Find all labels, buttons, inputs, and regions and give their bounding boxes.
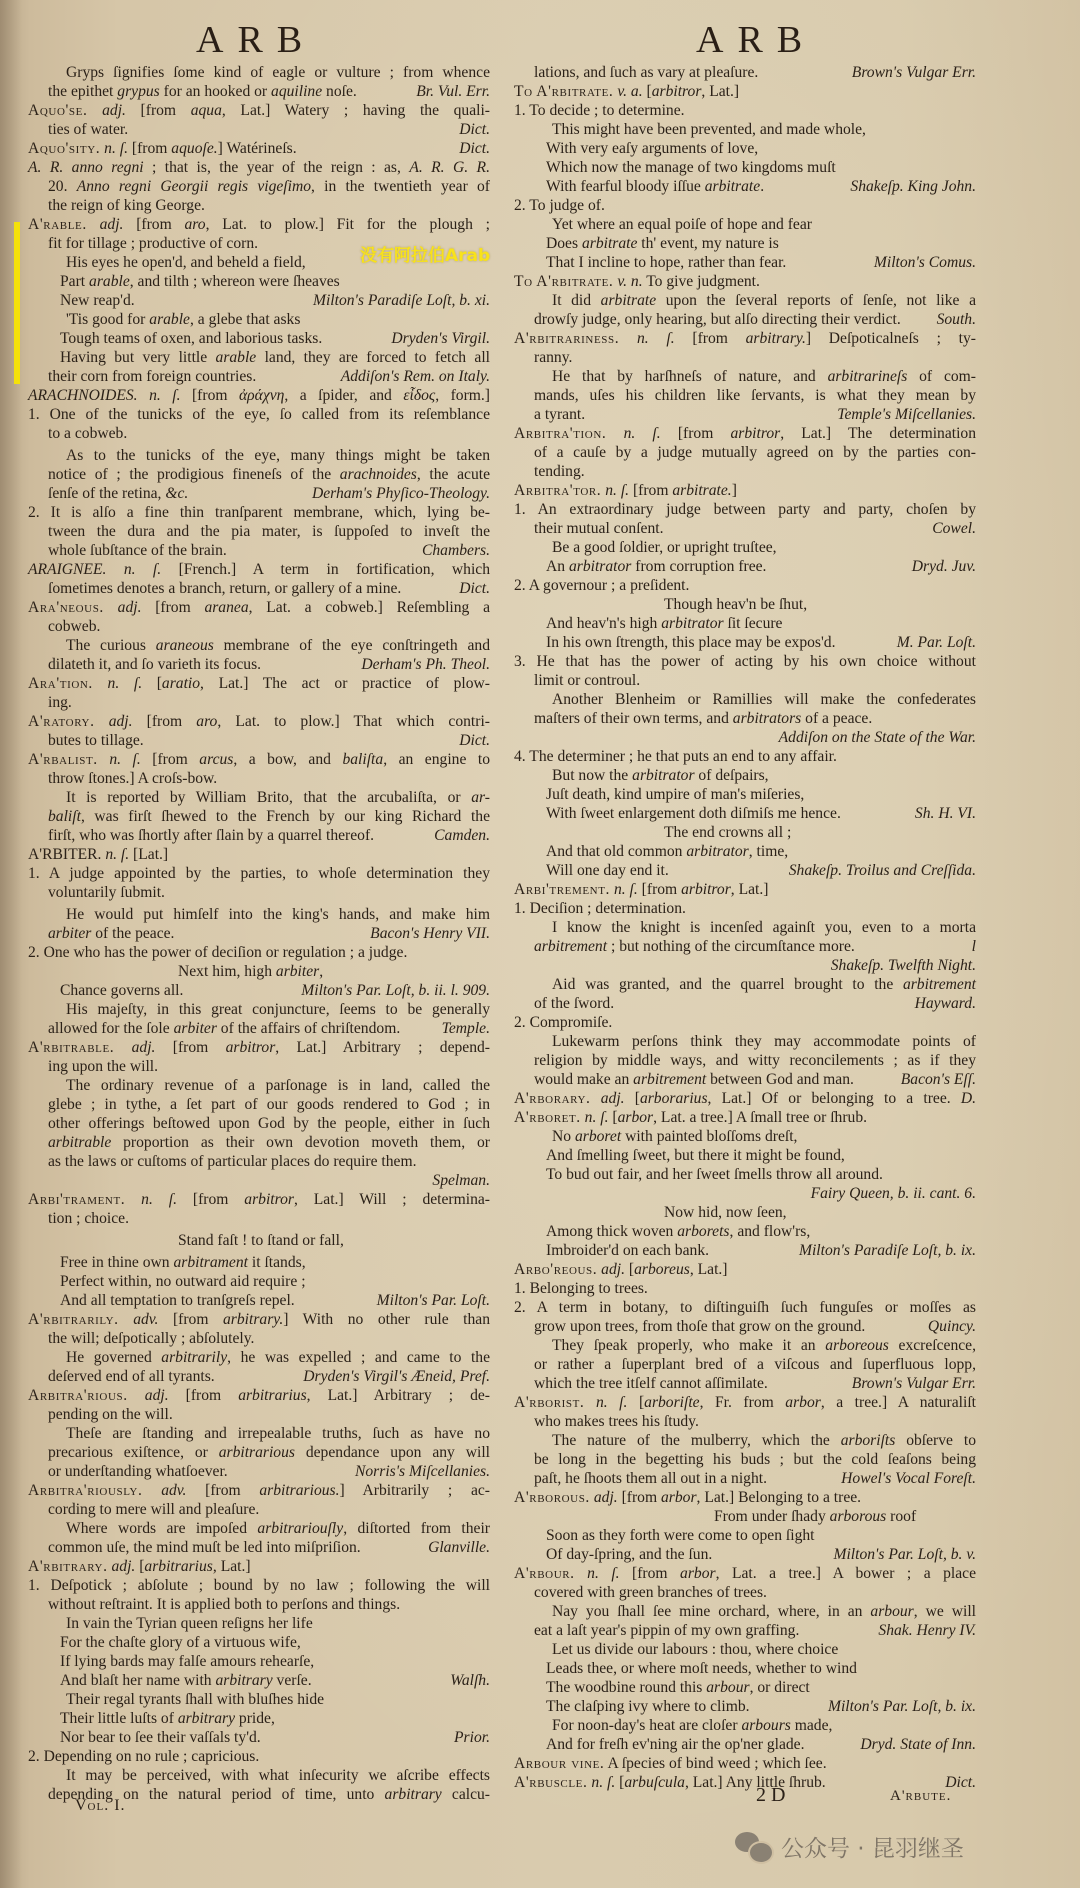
citation-source: Spelman.	[432, 1172, 490, 1190]
italic-text: arborous	[830, 1508, 887, 1525]
text: It is reported by William Brito, that th…	[66, 789, 471, 806]
line-text: the reign of king George.	[48, 197, 205, 214]
text: , Lat.] Belonging to a tree.	[697, 1489, 862, 1506]
headword: Arbi'trament.	[28, 1191, 125, 1208]
line-text: Arbour vine. A ſpecies of bind weed ; wh…	[514, 1755, 827, 1772]
text: their mutual conſent.	[534, 520, 663, 537]
right-column-line: In his own ſtrength, this place may be e…	[514, 634, 976, 652]
right-column-line: Lukewarm perſons think they may accommod…	[514, 1033, 976, 1051]
headword: A'rborary.	[514, 1090, 591, 1107]
line-text: 1. Deciſion ; determination.	[514, 900, 686, 917]
text: For noon-day's heat are cloſer	[552, 1717, 741, 1734]
italic-text: arboret	[575, 1128, 621, 1145]
left-column-line: If lying bards may falſe amours rehearſe…	[28, 1653, 490, 1671]
right-column-line: or rather a ſuperplant bred of a viſcous…	[514, 1356, 976, 1374]
citation-source: Temple.	[442, 1020, 490, 1038]
text: Where words are impoſed	[66, 1520, 257, 1537]
citation-source: Dict.	[459, 580, 490, 598]
italic-text: arbitrator	[569, 558, 631, 575]
text: 2. Compromiſe.	[514, 1014, 612, 1031]
text: The end crowns all ;	[664, 824, 791, 841]
line-text: 2. A term in botany, to diſtinguiſh ſuch…	[514, 1299, 976, 1316]
text: ; but nothing of the circumſtance more.	[607, 938, 855, 955]
headword: Arbitra'rious.	[28, 1387, 128, 1404]
text: Juſt death, kind umpire of man's miſerie…	[546, 786, 804, 803]
line-text: This might have been prevented, and made…	[552, 121, 866, 138]
text: , he was expelled ; and came to the	[227, 1349, 490, 1366]
line-text: without reſtraint. It is applied both to…	[48, 1596, 400, 1613]
text: to a cobweb.	[48, 425, 127, 442]
left-column-line: notice of ; the prodigious fineneſs of t…	[28, 466, 490, 484]
left-column-line: Arbi'trament. n. ſ. [from arbitror, Lat.…	[28, 1191, 490, 1209]
right-column-line: of a cauſe by a judge mutually agreed on…	[514, 444, 976, 462]
line-text: 2. It is alſo a fine thin tranſparent me…	[28, 504, 490, 521]
right-column-line: maſters of their own terms, and arbitrat…	[514, 710, 976, 728]
left-column-line: A'RBITER. n. ſ. [Lat.]	[28, 846, 490, 864]
italic-text: n. ſ.	[614, 881, 638, 898]
italic-text: arbitrary	[215, 1672, 272, 1689]
right-column-line: Yet where an equal poiſe of hope and fea…	[514, 216, 976, 234]
text: or underſtanding whatſoever.	[48, 1463, 228, 1480]
line-text: A'rbitrariness. n. ſ. [from arbitrary.] …	[514, 330, 976, 347]
citation-source: Dryden's Virgil.	[391, 330, 490, 348]
right-column-line: A'rborist. n. ſ. [arboriſte, Fr. from ar…	[514, 1394, 976, 1412]
line-text: An arbitrator from corruption free.	[546, 558, 766, 575]
headword: Arbi'trement.	[514, 881, 610, 898]
right-column-line: A'rborary. adj. [arborarius, Lat.] Of or…	[514, 1090, 976, 1108]
text: Imbroider'd on each bank.	[546, 1242, 709, 1259]
text: He that by harſhneſs of nature, and	[552, 368, 828, 385]
text: , and flow'rs,	[730, 1223, 811, 1240]
left-column-line: It is reported by William Brito, that th…	[28, 789, 490, 807]
left-column-line: ARACHNOIDES. n. ſ. [from ἀράχνη, a ſpide…	[28, 387, 490, 405]
line-text: But now the arbitrator of deſpairs,	[552, 767, 769, 784]
right-column-line: No arboret with painted bloſſoms dreſt,	[514, 1128, 976, 1146]
right-column-line: 1. Deciſion ; determination.	[514, 900, 976, 918]
left-column-line: Part arable, and tilth ; whereon were ſh…	[28, 273, 490, 291]
text: [	[142, 675, 162, 692]
line-text: other offerings beſtowed upon God by the…	[48, 1115, 490, 1132]
italic-text: arbor	[785, 1394, 821, 1411]
right-column-line: To bud out fair, and her ſweet ſmells th…	[514, 1166, 976, 1184]
italic-text: baliſt	[48, 808, 81, 825]
line-text: 1. One of the tunicks of the eye, ſo cal…	[28, 406, 490, 423]
text: And all temptation to tranſgreſs repel.	[60, 1292, 295, 1309]
text: Gryps ſignifies ſome kind of eagle or vu…	[66, 64, 490, 81]
right-column-line: With very eaſy arguments of love,	[514, 140, 976, 158]
right-column-line: Let us divide our labours : thou, where …	[514, 1641, 976, 1659]
italic-text: arbiter	[276, 963, 319, 980]
line-text: precarious exiſtence, or arbitrarious de…	[48, 1444, 490, 1461]
line-text: ties of water.	[48, 121, 128, 138]
text: of a peace.	[801, 710, 872, 727]
text	[106, 561, 123, 578]
text: No	[552, 1128, 575, 1145]
text: Perfect within, no outward aid require ;	[60, 1273, 306, 1290]
line-text: the will; deſpotically ; abſolutely.	[48, 1330, 254, 1347]
line-text: paſt, he ſhoots them all out in a night.	[534, 1470, 767, 1487]
line-text: Arbitra'tor. n. ſ. [from arbitrate.]	[514, 482, 737, 499]
italic-text: arbiter	[48, 925, 91, 942]
text: [	[625, 1261, 634, 1278]
italic-text: arbitror	[244, 1191, 294, 1208]
headword: A'rborist.	[514, 1394, 584, 1411]
line-text: eat a laſt year's pippin of my own graff…	[534, 1622, 799, 1639]
text: other offerings beſtowed upon God by the…	[48, 1115, 490, 1132]
text: Among thick woven	[546, 1223, 677, 1240]
line-text: which the tree itſelf cannot aſſimilate.	[534, 1375, 768, 1392]
line-text: Lukewarm perſons think they may accommod…	[552, 1033, 976, 1050]
line-text: A'rable. adj. [from aro, Lat. to plow.] …	[28, 216, 490, 233]
line-text: With fearful bloody iſſue arbitrate.	[546, 178, 764, 195]
line-text: From under ſhady arborous roof	[714, 1508, 916, 1525]
text: upon the ſeveral reports of ſenſe, not l…	[656, 292, 976, 309]
line-text: the epithet grypus for an hooked or aqui…	[48, 83, 357, 100]
italic-text: arbitrator	[661, 615, 723, 632]
italic-text: araneous	[156, 637, 214, 654]
headword: A'ratory.	[28, 713, 95, 730]
text: lations, and ſuch as vary at pleaſure.	[534, 64, 758, 81]
italic-text: arbor	[680, 1565, 716, 1582]
left-column-line: pending on the will.	[28, 1406, 490, 1424]
text: 1. A judge appointed by the parties, to …	[28, 865, 490, 882]
italic-text: ar-	[471, 789, 490, 806]
text: Their regal tyrants ſhall with bluſhes h…	[66, 1691, 324, 1708]
text: , Lat.]	[690, 1261, 728, 1278]
text: [from	[123, 216, 184, 233]
text: [from	[169, 1387, 239, 1404]
text: 2. It is alſo a fine thin tranſparent me…	[28, 504, 490, 521]
italic-text: arbitrary	[385, 1786, 442, 1803]
text: From under ſhady	[714, 1508, 830, 1525]
italic-text: baliſta	[342, 751, 383, 768]
left-column-line: He governed arbitrarily, he was expelled…	[28, 1349, 490, 1367]
text	[128, 1387, 145, 1404]
text: Soon as they forth were come to open ſig…	[546, 1527, 815, 1544]
left-column-line: 1. A judge appointed by the parties, to …	[28, 865, 490, 883]
text: For the chaſte glory of a virtuous wife,	[60, 1634, 301, 1651]
right-column-line: It did arbitrate upon the ſeveral report…	[514, 292, 976, 310]
text: 20.	[48, 178, 77, 195]
text: limit or controul.	[534, 672, 640, 689]
text: Having but very little	[60, 349, 216, 366]
right-column-line: For noon-day's heat are cloſer arbours m…	[514, 1717, 976, 1735]
line-text: A. R. anno regni ; that is, the year of …	[28, 159, 490, 176]
line-text: grow upon trees, from thoſe that grow on…	[534, 1318, 865, 1335]
text: Lukewarm perſons think they may accommod…	[552, 1033, 976, 1050]
line-text: arbitrement ; but nothing of the circumſ…	[534, 938, 855, 955]
right-column-line: Which now the manage of two kingdoms muſ…	[514, 159, 976, 177]
line-text: Though heav'n be ſhut,	[664, 596, 807, 613]
text: To give judgment.	[643, 273, 760, 290]
left-column-line: voluntarily ſubmit.	[28, 884, 490, 902]
citation-source: M. Par. Loſt.	[897, 634, 976, 652]
text: , Lat. to plow.] Fit for the plough ;	[206, 216, 490, 233]
line-text: Of day-ſpring, and the ſun.	[546, 1546, 712, 1563]
text: 4. The determiner ; he that puts an end …	[514, 748, 837, 765]
citation-source: Dryd. State of Inn.	[860, 1736, 976, 1754]
line-text: 2. Compromiſe.	[514, 1014, 612, 1031]
headword: Arbitra'riously.	[28, 1482, 142, 1499]
right-column-line: tending.	[514, 463, 976, 481]
left-column-line: 1. One of the tunicks of the eye, ſo cal…	[28, 406, 490, 424]
line-text: A'rbitrable. adj. [from arbitror, Lat.] …	[28, 1039, 490, 1056]
left-column-line: 2. One who has the power of deciſion or …	[28, 944, 490, 962]
headword: Arbo'reous.	[514, 1261, 597, 1278]
text: for an hooked or	[160, 83, 271, 100]
headword: To A'rbitrate.	[514, 83, 613, 100]
left-column-line: Free in thine own arbitrament it ſtands,	[28, 1254, 490, 1272]
italic-text: aquiline	[271, 83, 322, 100]
text: And for freſh ev'ning air the op'ner gla…	[546, 1736, 805, 1753]
left-column-line: Next him, high arbiter,	[28, 963, 490, 981]
line-text: It did arbitrate upon the ſeveral report…	[552, 292, 976, 309]
text: [from	[128, 140, 171, 157]
text: Leads thee, or where moſt needs, whether…	[546, 1660, 857, 1677]
right-column-line: 3. He that has the power of acting by hi…	[514, 653, 976, 671]
line-text: The curious araneous membrane of the eye…	[66, 637, 490, 654]
line-text: notice of ; the prodigious fineneſs of t…	[48, 466, 490, 483]
line-text: 1. An extraordinary judge between party …	[514, 501, 976, 518]
text: 1. Belonging to trees.	[514, 1280, 648, 1297]
right-column-line: But now the arbitrator of deſpairs,	[514, 767, 976, 785]
headword: A'rborous.	[514, 1489, 590, 1506]
text: mands, uſes his children like ſervants, …	[534, 387, 976, 404]
left-column-line: And all temptation to tranſgreſs repel.M…	[28, 1292, 490, 1310]
right-column-line: Of day-ſpring, and the ſun.Milton's Par.…	[514, 1546, 976, 1564]
line-text: 2. One who has the power of deciſion or …	[28, 944, 407, 961]
left-column-line: Where words are impoſed arbitrariouſly, …	[28, 1520, 490, 1538]
line-text: For the chaſte glory of a virtuous wife,	[60, 1634, 301, 1651]
text: ] With no other rule than	[283, 1311, 490, 1328]
line-text: And that old common arbitrator, time,	[546, 843, 788, 860]
left-column-line: cobweb.	[28, 618, 490, 636]
right-column-line: Be a good ſoldier, or upright truſtee,	[514, 539, 976, 557]
right-column-line: 2. A term in botany, to diſtinguiſh ſuch…	[514, 1299, 976, 1317]
italic-text: n. ſ.	[141, 1191, 177, 1208]
text: , time,	[749, 843, 788, 860]
right-column-line: And for freſh ev'ning air the op'ner gla…	[514, 1736, 976, 1754]
text: Theſe are ſtanding and irrepealable trut…	[66, 1425, 490, 1442]
left-column-line: His majeſty, in this great conjuncture, …	[28, 1001, 490, 1019]
italic-text: n. ſ.	[105, 846, 129, 863]
italic-text: arbitror	[731, 425, 781, 442]
italic-text: &c.	[165, 485, 188, 502]
text	[119, 1311, 134, 1328]
text: Part	[60, 273, 89, 290]
line-text: In vain the Tyrian queen reſigns her lif…	[66, 1615, 313, 1632]
line-text: arbitrable proportion as their own devot…	[48, 1134, 490, 1151]
text: , a ſpider, and	[284, 387, 403, 404]
left-column-line: Gryps ſignifies ſome kind of eagle or vu…	[28, 64, 490, 82]
text	[87, 216, 100, 233]
left-column-line: 1. Deſpotick ; abſolute ; bound by no la…	[28, 1577, 490, 1595]
italic-text: n. ſ.	[104, 140, 128, 157]
line-text: Aid was granted, and the quarrel brought…	[552, 976, 976, 993]
headword: To A'rbitrate.	[514, 273, 613, 290]
citation-source: Prior.	[454, 1729, 490, 1747]
yellow-highlight-bar	[14, 222, 20, 384]
line-text: 2. Depending on no rule ; capricious.	[28, 1748, 259, 1765]
left-column-line: their corn from foreign countries.Addiſo…	[28, 368, 490, 386]
text: without reſtraint. It is applied both to…	[48, 1596, 400, 1613]
right-column-line: A'rborous. adj. [from arbor, Lat.] Belon…	[514, 1489, 976, 1507]
text: verſe.	[273, 1672, 312, 1689]
citation-source: Quincy.	[928, 1318, 976, 1336]
headword: Aquo'sity.	[28, 140, 100, 157]
italic-text: n. ſ.	[124, 561, 161, 578]
left-column-line: the reign of king George.	[28, 197, 490, 215]
left-column-line: A. R. anno regni ; that is, the year of …	[28, 159, 490, 177]
line-text: Soon as they forth were come to open ſig…	[546, 1527, 815, 1544]
italic-text: n. ſ.	[587, 1565, 619, 1582]
text: Now hid, now ſeen,	[664, 1204, 787, 1221]
line-text: tion ; choice.	[48, 1210, 129, 1227]
text: [from	[133, 713, 197, 730]
text: [from	[618, 1489, 661, 1506]
text: eat a laſt year's pippin of my own graff…	[534, 1622, 799, 1639]
right-column-line: 2. To judge of.	[514, 197, 976, 215]
right-column-line: An arbitrator from corruption free.Dryd.…	[514, 558, 976, 576]
line-text: their mutual conſent.	[534, 520, 663, 537]
text: ] Watérineſs.	[218, 140, 297, 157]
text: land, they are forced to fetch all	[256, 349, 490, 366]
text: With ſweet enlargement doth diſmiſs me h…	[546, 805, 841, 822]
italic-text: adj.	[132, 1039, 156, 1056]
italic-text: arbuſcula	[624, 1774, 685, 1791]
line-text: Ara'neous. adj. [from aranea, Lat. a cob…	[28, 599, 490, 616]
right-column-line: covered with green branches of trees.	[514, 1584, 976, 1602]
line-text: New reap'd.	[60, 292, 135, 309]
italic-text: arbitror	[681, 881, 731, 898]
line-text: ARACHNOIDES. n. ſ. [from ἀράχνη, a ſpide…	[28, 387, 490, 404]
line-text: mands, uſes his children like ſervants, …	[534, 387, 976, 404]
line-text: arbiter of the peace.	[48, 925, 174, 942]
italic-text: arboreus	[634, 1261, 690, 1278]
headword: A'rbitrarily.	[28, 1311, 119, 1328]
text: Free in thine own	[60, 1254, 173, 1271]
text: , Lat. to plow.] That which contri-	[217, 713, 490, 730]
right-column-line: 2. A governour ; a preſident.	[514, 577, 976, 595]
left-column-line: Ara'neous. adj. [from aranea, Lat. a cob…	[28, 599, 490, 617]
line-text: It is reported by William Brito, that th…	[66, 789, 490, 806]
text: Yet where an equal poiſe of hope and fea…	[552, 216, 812, 233]
line-text: a tyrant.	[534, 406, 585, 423]
italic-text: adj.	[100, 216, 124, 233]
line-text: glebe ; in tythe, a ſet part of our good…	[48, 1096, 490, 1113]
line-text: Part arable, and tilth ; whereon were ſh…	[60, 273, 340, 290]
line-text: or rather a ſuperplant bred of a viſcous…	[534, 1356, 976, 1373]
right-column-line: Imbroider'd on each bank.Milton's Paradi…	[514, 1242, 976, 1260]
headword: A'rbitrable.	[28, 1039, 114, 1056]
headword: Arbitra'tor.	[514, 482, 601, 499]
text: deſerved end of all tyrants.	[48, 1368, 215, 1385]
text: of the affairs of chriſtendom.	[217, 1020, 400, 1037]
right-column-line: 2. Compromiſe.	[514, 1014, 976, 1032]
left-column-line: ing.	[28, 694, 490, 712]
headword: Arbour vine.	[514, 1755, 604, 1772]
italic-text: arbitrate	[705, 178, 760, 195]
citation-source: Dryd. Juv.	[912, 558, 976, 576]
text: cobweb.	[48, 618, 100, 635]
text: [from	[675, 330, 746, 347]
citation-source: Howel's Vocal Foreſt.	[841, 1470, 976, 1488]
text: , Lat.]	[731, 881, 769, 898]
line-text: For noon-day's heat are cloſer arbours m…	[552, 1717, 832, 1734]
italic-text: arbitrement	[903, 976, 976, 993]
text: the will; deſpotically ; abſolutely.	[48, 1330, 254, 1347]
text	[98, 751, 110, 768]
italic-text: εἶδος	[403, 387, 435, 404]
text	[125, 1191, 141, 1208]
italic-text: arbitror	[652, 83, 702, 100]
text: With very eaſy arguments of love,	[546, 140, 758, 157]
right-column-line: They ſpeak properly, who make it an arbo…	[514, 1337, 976, 1355]
text: , was firſt ſhewed to the French by our …	[81, 808, 490, 825]
right-column-line: A'rbour. n. ſ. [from arbor, Lat. a tree.…	[514, 1565, 976, 1583]
right-column-line: This might have been prevented, and made…	[514, 121, 976, 139]
left-column-line: common uſe, the mind muſt be led into mi…	[28, 1539, 490, 1557]
line-text: Gryps ſignifies ſome kind of eagle or vu…	[66, 64, 490, 81]
text: Stand faſt ! to ſtand or fall,	[178, 1232, 344, 1249]
text: [	[615, 1774, 624, 1791]
right-column-line: To A'rbitrate. v. n. To give judgment.	[514, 273, 976, 291]
left-column-line: butes to tillage.Dict.	[28, 732, 490, 750]
italic-text: arable	[89, 273, 130, 290]
line-text: of the ſword.	[534, 995, 614, 1012]
right-column-line: Juſt death, kind umpire of man's miſerie…	[514, 786, 976, 804]
line-text: Free in thine own arbitrament it ſtands,	[60, 1254, 306, 1271]
citation-source: Walſh.	[450, 1672, 490, 1690]
italic-text: arbitrement	[534, 938, 607, 955]
italic-text: v. n.	[617, 273, 642, 290]
italic-text: n. ſ.	[149, 387, 180, 404]
line-text: Stand faſt ! to ſtand or fall,	[178, 1232, 344, 1249]
line-text: Does arbitrate th' event, my nature is	[546, 235, 779, 252]
line-text: Nor bear to ſee their vaſſals ty'd.	[60, 1729, 261, 1746]
left-column-line: A'ratory. adj. [from aro, Lat. to plow.]…	[28, 713, 490, 731]
text: , in the twentieth year of	[311, 178, 490, 195]
italic-text: grypus	[117, 83, 159, 100]
italic-text: n. ſ.	[605, 482, 629, 499]
left-column-line: Their little luſts of arbitrary pride,	[28, 1710, 490, 1728]
headword: A'rbour.	[514, 1565, 575, 1582]
headword: Aquo'se.	[28, 102, 87, 119]
line-text: ARAIGNEE. n. ſ. [French.] A term in fort…	[28, 561, 490, 578]
right-column-line: ranny.	[514, 349, 976, 367]
text: ſenſe of the retina,	[48, 485, 165, 502]
left-column-line: Theſe are ſtanding and irrepealable trut…	[28, 1425, 490, 1443]
text: with painted bloſſoms dreſt,	[621, 1128, 797, 1145]
left-column-line: The curious araneous membrane of the eye…	[28, 637, 490, 655]
text	[93, 675, 108, 692]
line-text: 3. He that has the power of acting by hi…	[514, 653, 976, 670]
left-column-line: Arbitra'rious. adj. [from arbitrarius, L…	[28, 1387, 490, 1405]
citation-source: South.	[937, 311, 976, 329]
line-text: He would put himſelf into the king's han…	[66, 906, 490, 923]
right-column-line: A'rboret. n. ſ. [arbor, Lat. a tree.] A …	[514, 1109, 976, 1127]
text: pride,	[235, 1710, 275, 1727]
line-text: As to the tunicks of the eye, many thing…	[66, 447, 490, 464]
citation-source: Shakeſp. Twelfth Night.	[831, 957, 976, 975]
left-column-line: Chance governs all.Milton's Par. Loſt, b…	[28, 982, 490, 1000]
watermark-text: 公众号 · 昆羽继圣	[781, 1830, 964, 1863]
citation-source: Camden.	[434, 827, 490, 845]
text: , a glebe that asks	[190, 311, 300, 328]
left-column-line: arbitrable proportion as their own devot…	[28, 1134, 490, 1152]
text	[114, 1039, 131, 1056]
text: or rather a ſuperplant bred of a viſcous…	[534, 1356, 976, 1373]
